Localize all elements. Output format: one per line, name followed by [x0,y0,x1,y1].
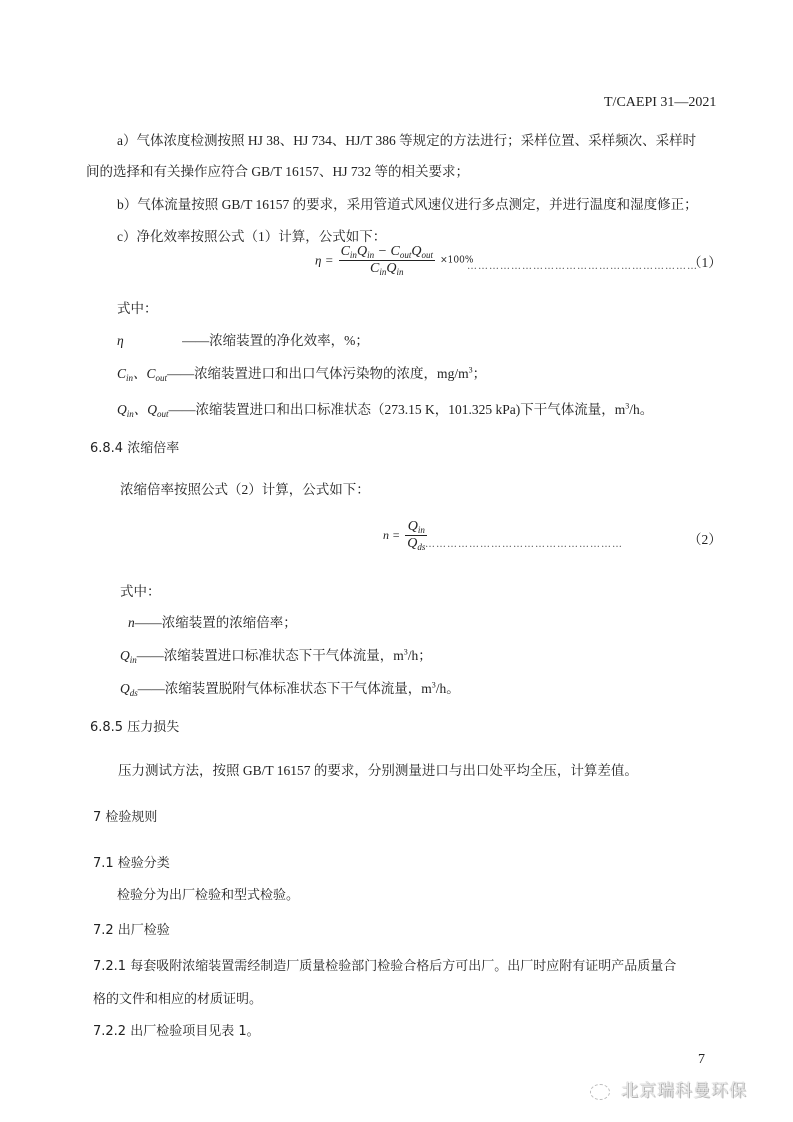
item-c: c）净化效率按照公式（1）计算，公式如下： [117,225,386,245]
symbol-n: n [128,615,135,630]
where-2-n: n——浓缩装置的浓缩倍率； [128,611,297,631]
formula-1-numerator: CinQin − CoutQout [339,244,435,261]
item-a-line2: 间的选择和有关操作应符合 GB/T 16157、HJ 732 等的相关要求； [86,160,469,180]
item-a-line1: a）气体浓度检测按照 HJ 38、HJ 734、HJ/T 386 等规定的方法进… [117,129,696,149]
formula-1-number: （1） [688,251,722,271]
where-1-c: Cin、Cout——浓缩装置进口和出口气体污染物的浓度，mg/m3； [117,362,486,383]
formula-1-lhs: η = [315,253,333,268]
desc-n: ——浓缩装置的浓缩倍率； [135,615,297,630]
formula-2: n = Qin Qds [383,519,427,552]
formula-2-leader-dots: ……………………………………………… [425,532,623,551]
formula-2-number: （2） [688,528,722,548]
para-7-2-2: 7.2.2 出厂检验项目见表 1。 [93,1020,260,1039]
desc-q-ds: ——浓缩装置脱附气体标准状态下干气体流量，m3/h。 [138,681,460,696]
formula-1: η = CinQin − CoutQout CinQin ×100% [315,244,473,277]
section-6-8-4-intro: 浓缩倍率按照公式（2）计算，公式如下： [120,478,370,498]
symbol-q-in-out: Qin、Qout [117,402,169,417]
symbol-q-in: Qin [120,648,137,663]
watermark: 北京瑞科曼环保 [590,1076,747,1101]
symbol-c-in-out: Cin、Cout [117,366,167,381]
heading-7: 7 检验规则 [93,806,157,825]
para-7-2-1-line2: 格的文件和相应的材质证明。 [93,988,262,1007]
desc-q-in: ——浓缩装置进口标准状态下干气体流量，m3/h； [137,648,432,663]
where-label-1: 式中： [117,297,158,317]
symbol-q-ds: Qds [120,681,138,696]
standard-number: T/CAEPI 31—2021 [604,95,716,111]
where-2-qin: Qin——浓缩装置进口标准状态下干气体流量，m3/h； [120,644,432,665]
watermark-text: 北京瑞科曼环保 [621,1081,747,1101]
page: T/CAEPI 31—2021 a）气体浓度检测按照 HJ 38、HJ 734、… [0,0,793,1122]
symbol-eta: η [117,333,124,348]
where-2-qds: Qds——浓缩装置脱附气体标准状态下干气体流量，m3/h。 [120,677,460,698]
where-1-q: Qin、Qout——浓缩装置进口和出口标准状态（273.15 K，101.325… [117,398,653,419]
formula-1-denominator: CinQin [339,261,435,277]
heading-7-2: 7.2 出厂检验 [93,919,170,938]
formula-1-leader-dots: ……………………………………………………… [467,254,698,273]
desc-eta: ——浓缩装置的净化效率，%； [182,333,369,348]
desc-q: ——浓缩装置进口和出口标准状态（273.15 K，101.325 kPa)下干气… [169,402,654,417]
heading-7-1: 7.1 检验分类 [93,852,170,871]
section-6-8-5-body: 压力测试方法，按照 GB/T 16157 的要求，分别测量进口与出口处平均全压，… [118,759,638,779]
page-number: 7 [698,1052,705,1068]
chat-bubble-icon [590,1084,610,1100]
para-7-2-1-line1: 7.2.1 每套吸附浓缩装置需经制造厂质量检验部门检验合格后方可出厂。出厂时应附… [93,955,676,974]
where-1-eta: η ——浓缩装置的净化效率，%； [117,329,369,349]
heading-6-8-4: 6.8.4 浓缩倍率 [90,437,179,456]
formula-2-lhs: n = [383,528,400,542]
desc-c: ——浓缩装置进口和出口气体污染物的浓度，mg/m3； [167,366,486,381]
section-7-1-body: 检验分为出厂检验和型式检验。 [117,884,299,903]
item-b: b）气体流量按照 GB/T 16157 的要求，采用管道式风速仪进行多点测定，并… [117,193,698,213]
heading-6-8-5: 6.8.5 压力损失 [90,716,179,735]
formula-1-fraction: CinQin − CoutQout CinQin [339,244,435,277]
where-label-2: 式中： [120,580,161,600]
